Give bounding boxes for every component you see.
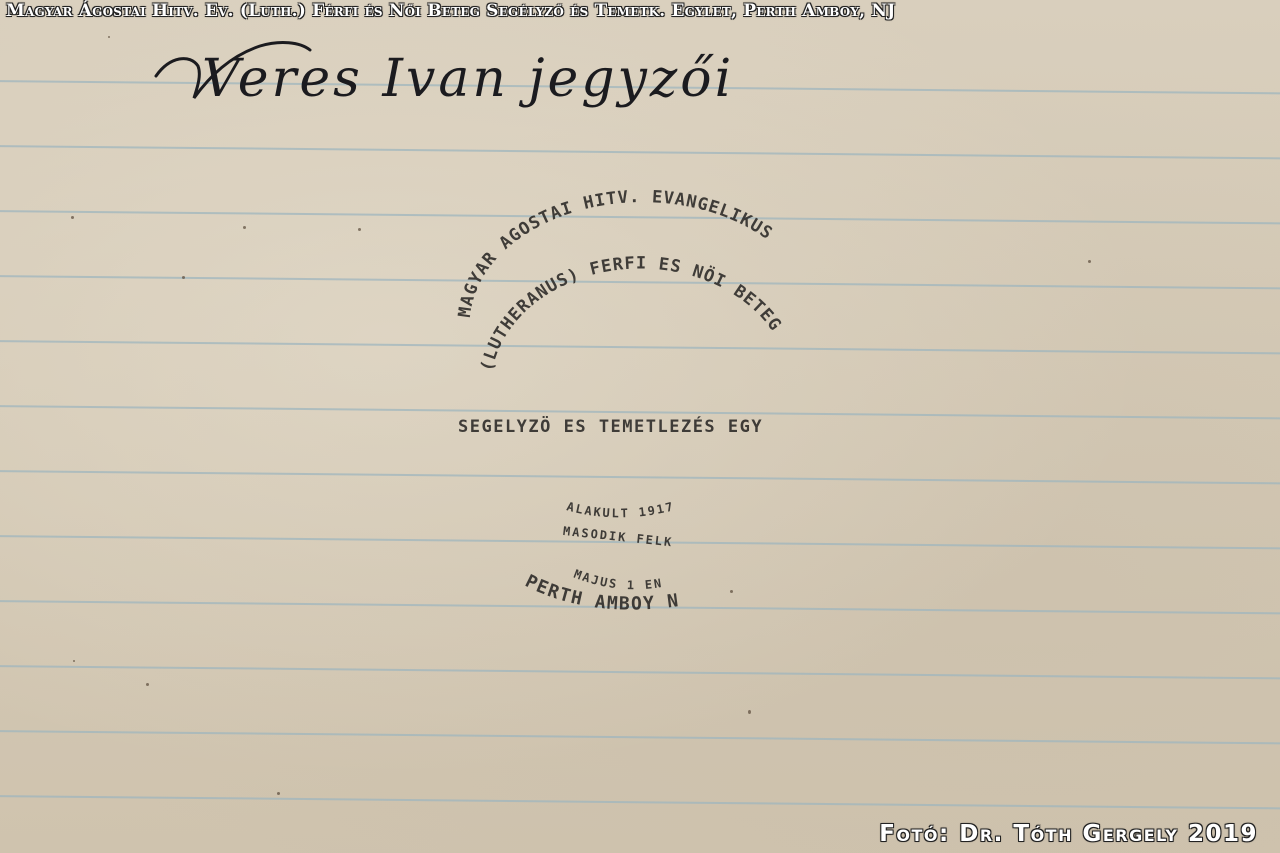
stamp-outer-arc: MAGYAR AGOSTAI HITV. EVANGELIKUS [455, 187, 776, 319]
photo-credit: Fotó: Dr. Tóth Gergely 2019 [879, 821, 1258, 847]
stamp-date-line: MAJUS 1 EN [572, 567, 664, 593]
stamp-inner-arc: (LUTHERANUS) FERFI ES NÖI BETEG [477, 253, 785, 373]
svg-text:(LUTHERANUS) FERFI ES NÖI BETE: (LUTHERANUS) FERFI ES NÖI BETEG [477, 253, 785, 373]
svg-text:MAGYAR AGOSTAI HITV. EVANGELIK: MAGYAR AGOSTAI HITV. EVANGELIKUS [455, 187, 776, 319]
svg-text:ALAKULT 1917: ALAKULT 1917 [565, 499, 676, 520]
stamp-second-line: MASODIK FELK [562, 524, 674, 549]
svg-text:MAJUS 1 EN: MAJUS 1 EN [572, 567, 664, 593]
stamp-founded-line: ALAKULT 1917 [565, 499, 676, 520]
stamp-middle-line: SEGELYZÖ ES TEMETLEZÉS EGY [458, 415, 763, 437]
ledger-page: Magyar Ágostai Hitv. Ev. (Luth.) Férfi é… [0, 0, 1280, 853]
